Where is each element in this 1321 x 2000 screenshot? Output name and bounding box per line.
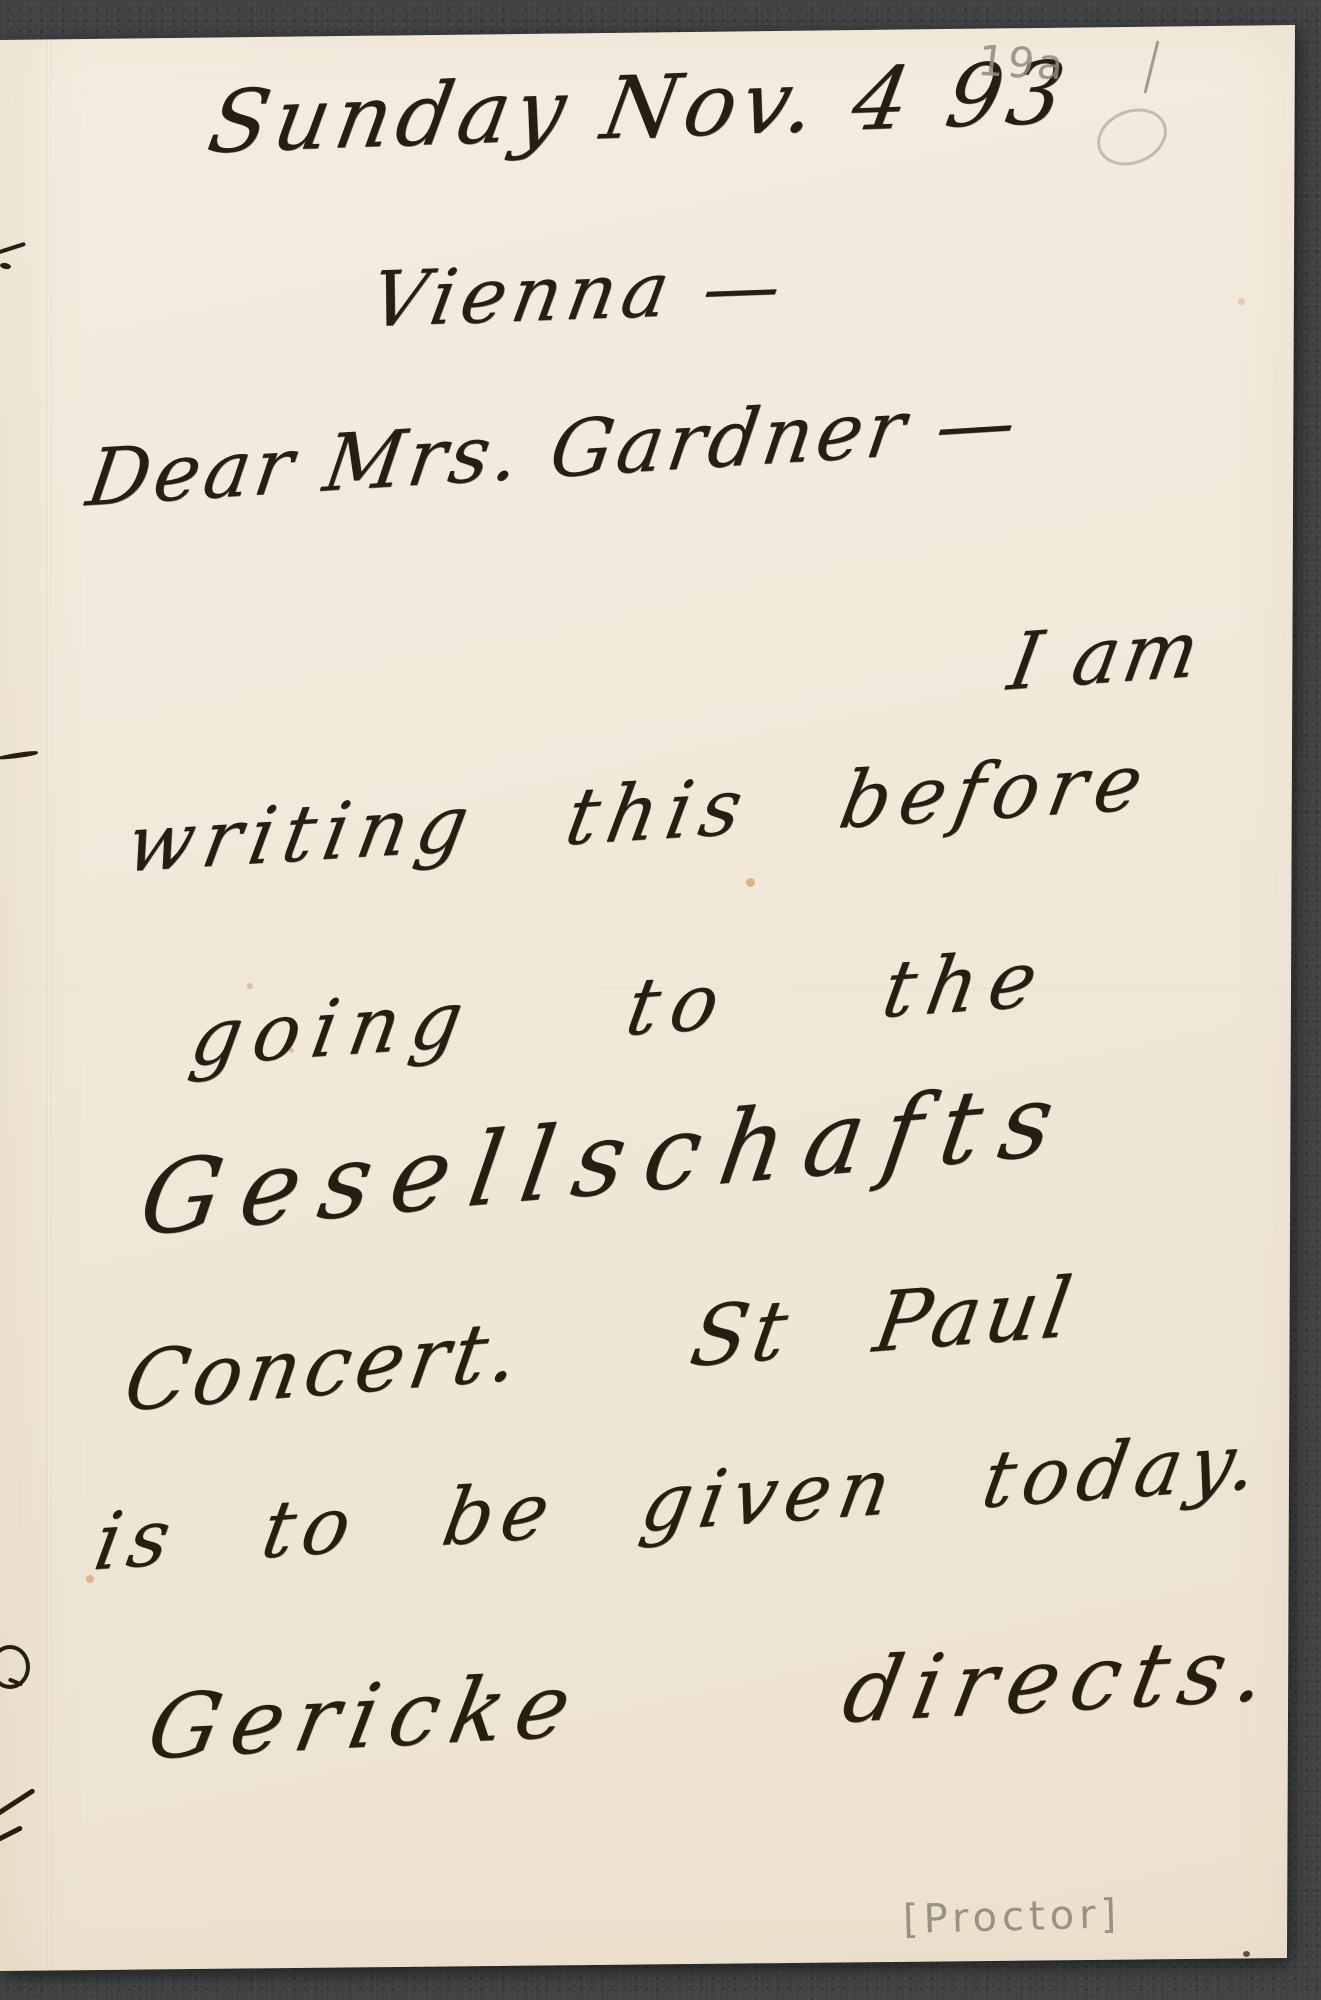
stray-ink-mark bbox=[0, 262, 12, 270]
foxing-spot bbox=[1238, 298, 1245, 305]
stray-ink-mark bbox=[0, 1825, 23, 1846]
letter-line-place: Vienna — bbox=[365, 247, 792, 338]
pencil-tick-mark bbox=[1144, 40, 1160, 93]
stray-ink-mark bbox=[0, 750, 38, 761]
fold-crease-vertical bbox=[47, 25, 51, 1971]
foxing-spot bbox=[746, 878, 755, 887]
foxing-spot bbox=[289, 1048, 294, 1053]
letter-photograph: Sunday Nov. 4 93 Vienna — Dear Mrs. Gard… bbox=[0, 0, 1321, 2000]
letter-line-salutation: Dear Mrs. Gardner — bbox=[82, 383, 1025, 519]
pencil-circle-mark bbox=[1089, 98, 1176, 175]
stray-ink-mark bbox=[0, 1788, 36, 1817]
letter-line-date: Sunday Nov. 4 93 bbox=[202, 50, 1076, 167]
letter-line-body-5: Concert. St Paul bbox=[119, 1267, 1081, 1425]
foxing-spot bbox=[86, 1575, 94, 1583]
letter-page: Sunday Nov. 4 93 Vienna — Dear Mrs. Gard… bbox=[0, 0, 1321, 2000]
letter-line-body-3: going to the bbox=[185, 940, 1055, 1079]
foxing-spot bbox=[247, 983, 253, 989]
letter-line-body-4: Gesellschafts bbox=[134, 1068, 1080, 1251]
letter-line-body-7: Gericke directs. bbox=[141, 1624, 1285, 1772]
pencil-attribution: [Proctor] bbox=[902, 1894, 1121, 1940]
pencil-page-number: 19a bbox=[975, 40, 1068, 86]
letter-line-body-6: is to be given today. bbox=[89, 1422, 1271, 1583]
paper-shadow-wrap: Sunday Nov. 4 93 Vienna — Dear Mrs. Gard… bbox=[0, 0, 1321, 2000]
letter-line-body-2: writing this before bbox=[121, 743, 1158, 885]
stray-ink-mark bbox=[0, 242, 26, 254]
paper-edge-speck bbox=[1243, 1951, 1250, 1957]
letter-line-body-1: I am bbox=[1003, 610, 1209, 703]
